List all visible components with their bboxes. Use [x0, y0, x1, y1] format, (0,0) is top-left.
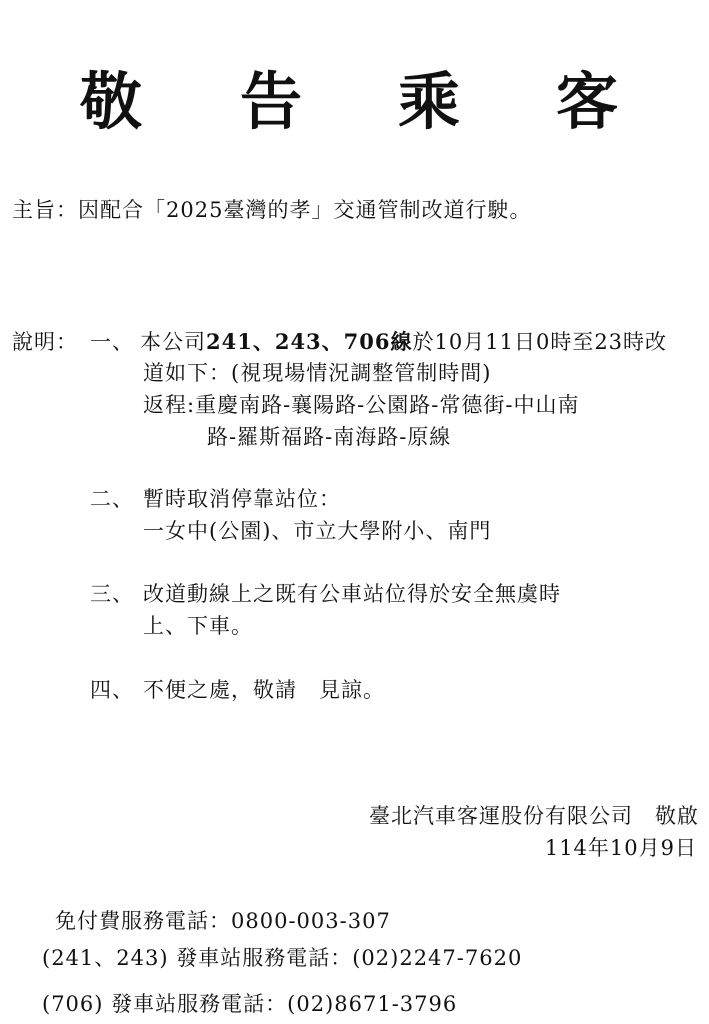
- cancelled-stops: 一女中(公園)、市立大學附小、南門: [143, 516, 491, 546]
- signature-company: 臺北汽車客運股份有限公司 敬啟: [369, 801, 699, 831]
- item-number: 三、: [90, 579, 134, 609]
- explanation-label: 說明：: [12, 327, 78, 357]
- item-number: 二、: [90, 484, 134, 514]
- item1-line1-post: 於10月11日0時至23時改: [413, 330, 668, 354]
- item1-line2: 道如下：(視現場情況調整管制時間): [143, 358, 491, 388]
- toll-free-phone: 免付費服務電話：0800-003-307: [55, 906, 391, 936]
- item2-line1: 暫時取消停靠站位：: [143, 484, 341, 514]
- signature-date: 114年10月9日: [545, 833, 697, 863]
- item3-line1: 改道動線上之既有公車站位得於安全無虞時: [143, 579, 561, 609]
- subject-line: 主旨：因配合「2025臺灣的孝」交通管制改道行駛。: [12, 195, 531, 225]
- item4-line1: 不便之處，敬請 見諒。: [143, 675, 385, 705]
- item1-route-line-cont: 路-羅斯福路-南海路-原線: [207, 422, 451, 452]
- item1-line1-pre: 本公司: [140, 330, 206, 354]
- item-number: 四、: [90, 675, 134, 705]
- title-char: 告: [240, 62, 302, 142]
- item3-line2: 上、下車。: [143, 611, 253, 641]
- route-numbers: 241、243、706線: [206, 329, 413, 354]
- item-number: 一、: [90, 327, 134, 357]
- item1-route-line: 返程:重慶南路-襄陽路-公園路-常德街-中山南: [143, 390, 579, 420]
- depot-phone-241-243: (241、243) 發車站服務電話：(02)2247-7620: [42, 943, 522, 973]
- title-char: 敬: [80, 62, 142, 142]
- item1-line1: 本公司241、243、706線於10月11日0時至23時改: [140, 327, 667, 357]
- title-char: 客: [556, 62, 618, 142]
- title-char: 乘: [398, 62, 460, 142]
- depot-phone-706: (706) 發車站服務電話：(02)8671-3796: [42, 989, 457, 1019]
